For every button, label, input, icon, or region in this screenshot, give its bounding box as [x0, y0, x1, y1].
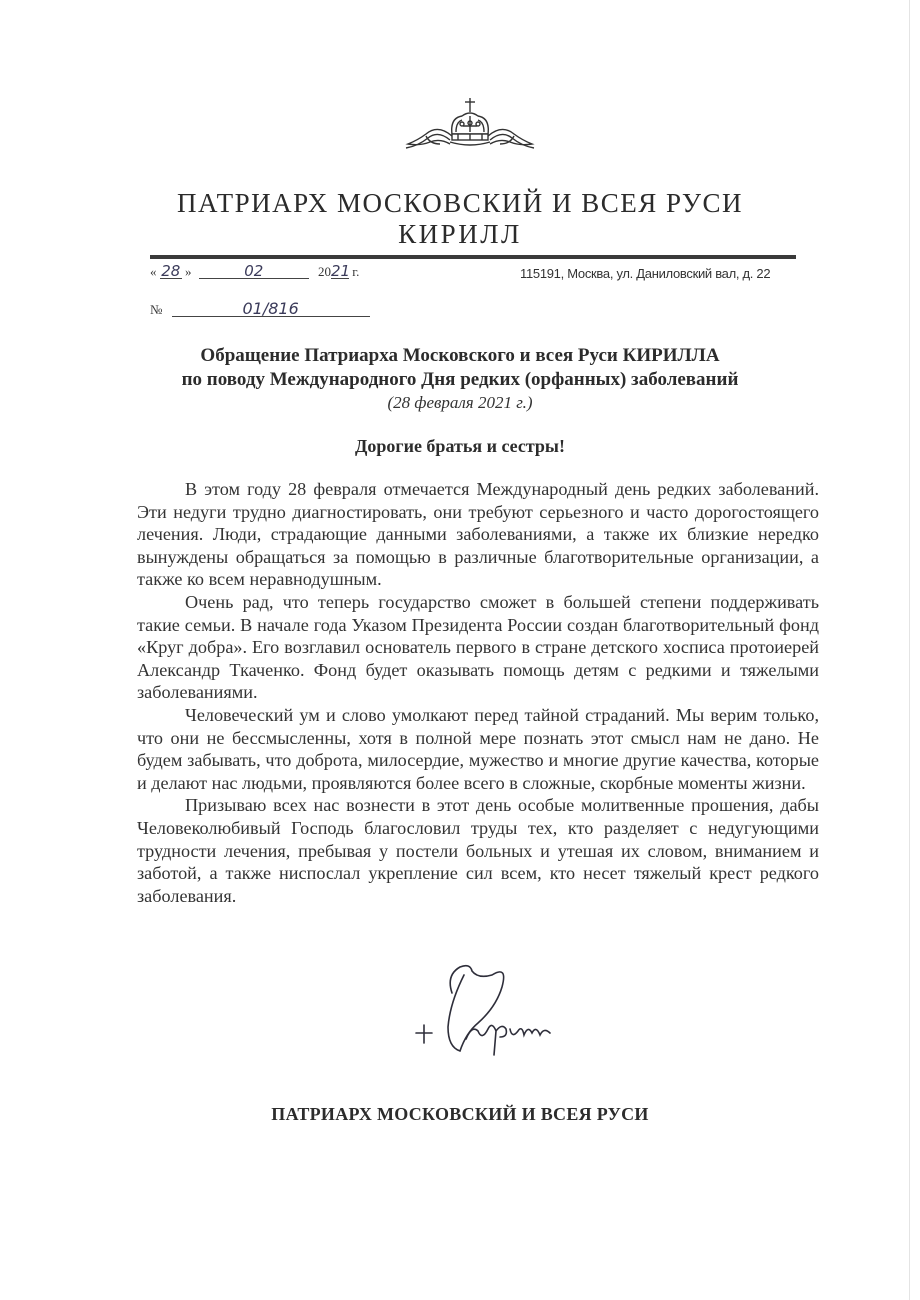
paragraph: В этом году 28 февраля отмечается Междун… — [137, 478, 819, 591]
paragraph: Очень рад, что теперь государство сможет… — [137, 591, 819, 704]
address-heading-date: (28 февраля 2021 г.) — [0, 393, 920, 413]
date-quote-open: « — [150, 264, 157, 279]
paragraph: Призываю всех нас вознести в этот день о… — [137, 794, 819, 907]
letterhead-title: ПАТРИАРХ МОСКОВСКИЙ И ВСЕЯ РУСИ — [0, 188, 920, 219]
greeting: Дорогие братья и сестры! — [0, 436, 920, 457]
date-year-unit: г. — [352, 264, 359, 279]
number-value: 01/816 — [172, 302, 370, 317]
letterhead-name: КИРИЛЛ — [0, 219, 920, 250]
address-heading-line2: по поводу Международного Дня редких (орф… — [0, 369, 920, 391]
date-month: 02 — [199, 264, 309, 279]
patriarch-crown-emblem-icon — [400, 96, 540, 158]
paragraph: Человеческий ум и слово умолкают перед т… — [137, 704, 819, 794]
date-year-suffix: 21 — [331, 264, 349, 279]
handwritten-signature — [400, 945, 600, 1065]
body-text: В этом году 28 февраля отмечается Междун… — [137, 478, 819, 907]
date-year-prefix: 20 — [318, 264, 331, 279]
signatory-title: ПАТРИАРХ МОСКОВСКИЙ И ВСЕЯ РУСИ — [0, 1104, 920, 1125]
letterhead-divider — [150, 255, 796, 259]
address: 115191, Москва, ул. Даниловский вал, д. … — [520, 266, 770, 281]
date-quote-close: » — [185, 264, 192, 279]
number-label: № — [150, 302, 162, 317]
document-date: « 28 » 02 2021 г. — [150, 264, 359, 280]
address-heading-line1: Обращение Патриарха Московского и всея Р… — [0, 345, 920, 367]
date-day: 28 — [160, 264, 182, 279]
document-number: № 01/816 — [150, 302, 370, 318]
